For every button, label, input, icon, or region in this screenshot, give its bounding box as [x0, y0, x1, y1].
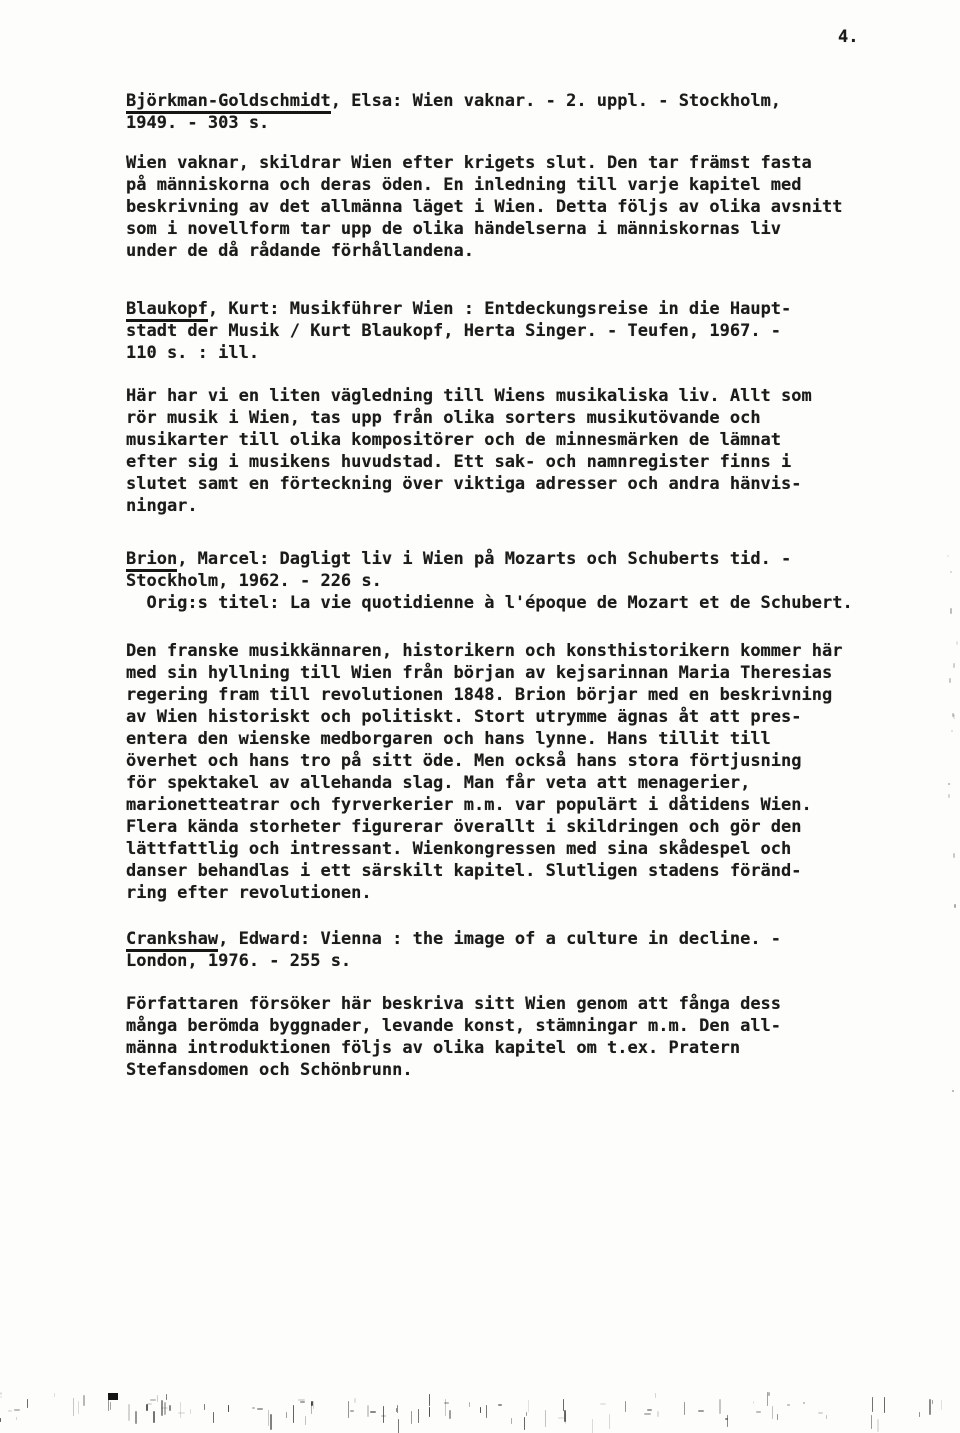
- scan-noise-band: [0, 1384, 960, 1433]
- entry-heading: Crankshaw, Edward: Vienna : the image of…: [126, 928, 960, 972]
- scanned-document-page: 4. Björkman-Goldschmidt, Elsa: Wien vakn…: [0, 0, 960, 1433]
- entry-annotation: Wien vaknar, skildrar Wien efter krigets…: [126, 152, 960, 262]
- bibliography-entry: Björkman-Goldschmidt, Elsa: Wien vaknar.…: [126, 90, 960, 262]
- entry-citation: , Kurt: Musikführer Wien : Entdeckungsre…: [126, 299, 791, 363]
- entry-citation: , Edward: Vienna : the image of a cultur…: [126, 929, 781, 971]
- page-content: Björkman-Goldschmidt, Elsa: Wien vaknar.…: [126, 0, 960, 1081]
- entry-annotation: Författaren försöker här beskriva sitt W…: [126, 993, 960, 1081]
- entry-citation: , Marcel: Dagligt liv i Wien på Mozarts …: [126, 549, 853, 613]
- scan-ink-blob: [108, 1393, 118, 1400]
- entry-heading: Blaukopf, Kurt: Musikführer Wien : Entde…: [126, 298, 960, 364]
- author-name: Blaukopf: [126, 299, 208, 322]
- entry-heading: Brion, Marcel: Dagligt liv i Wien på Moz…: [126, 548, 960, 614]
- author-name: Crankshaw: [126, 929, 218, 952]
- entry-annotation: Den franske musikkännaren, historikern o…: [126, 640, 960, 904]
- bibliography-entry: Brion, Marcel: Dagligt liv i Wien på Moz…: [126, 548, 960, 904]
- bibliography-entry: Crankshaw, Edward: Vienna : the image of…: [126, 928, 960, 1081]
- bibliography-entry: Blaukopf, Kurt: Musikführer Wien : Entde…: [126, 298, 960, 517]
- entry-heading: Björkman-Goldschmidt, Elsa: Wien vaknar.…: [126, 90, 960, 134]
- author-name: Björkman-Goldschmidt: [126, 91, 331, 114]
- entry-annotation: Här har vi en liten vägledning till Wien…: [126, 385, 960, 517]
- author-name: Brion: [126, 549, 177, 572]
